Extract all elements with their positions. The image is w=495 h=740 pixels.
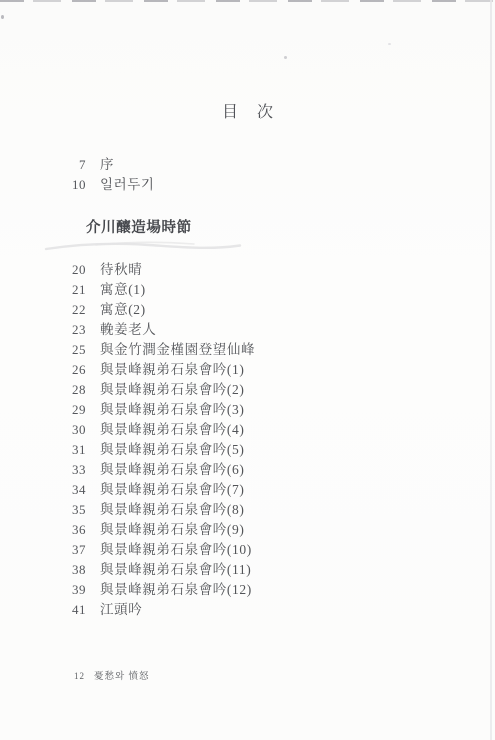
toc-entry-row: 29 與景峰親弟石泉會吟(3) [40, 400, 255, 420]
toc-entry-row: 36 與景峰親弟石泉會吟(9) [40, 520, 255, 540]
toc-entry-title: 與景峰親弟石泉會吟(2) [100, 380, 244, 400]
toc-entry-title: 與景峰親弟石泉會吟(10) [100, 540, 252, 560]
toc-entry-title: 寓意(1) [100, 280, 146, 300]
toc-entry-page: 37 [40, 540, 86, 560]
toc-entry-title: 與景峰親弟石泉會吟(11) [100, 560, 251, 580]
toc-entry-title: 與景峰親弟石泉會吟(7) [100, 480, 244, 500]
toc-entry-page: 35 [40, 500, 86, 520]
toc-entry-row: 22 寓意(2) [40, 300, 255, 320]
toc-entry-title: 序 [100, 155, 114, 175]
toc-entry-title: 일러두기 [100, 175, 155, 195]
toc-entry-title: 與景峰親弟石泉會吟(9) [100, 520, 244, 540]
toc-entry-row: 34 與景峰親弟石泉會吟(7) [40, 480, 255, 500]
toc-entry-title: 與景峰親弟石泉會吟(4) [100, 420, 244, 440]
scan-speck [284, 56, 287, 59]
toc-entry-list: 20 待秋晴 21 寓意(1) 22 寓意(2) 23 輓姜老人 25 與金竹澗… [40, 260, 255, 620]
toc-entry-page: 30 [40, 420, 86, 440]
toc-entry-page: 26 [40, 360, 86, 380]
toc-entry-title: 輓姜老人 [100, 320, 156, 340]
toc-entry-page: 31 [40, 440, 86, 460]
toc-entry-page: 41 [40, 600, 86, 620]
toc-entry-row: 38 與景峰親弟石泉會吟(11) [40, 560, 255, 580]
toc-entry-row: 20 待秋晴 [40, 260, 255, 280]
toc-entry-title: 寓意(2) [100, 300, 146, 320]
toc-entry-row: 33 與景峰親弟石泉會吟(6) [40, 460, 255, 480]
toc-entry-title: 待秋晴 [100, 260, 142, 280]
toc-entry-row: 28 與景峰親弟石泉會吟(2) [40, 380, 255, 400]
toc-entry-title: 與景峰親弟石泉會吟(6) [100, 460, 244, 480]
toc-entry-row: 21 寓意(1) [40, 280, 255, 300]
scan-top-edge-artifact [0, 0, 495, 2]
toc-entry-row: 25 與金竹澗金槿園登望仙峰 [40, 340, 255, 360]
toc-entry-row: 23 輓姜老人 [40, 320, 255, 340]
toc-entry-title: 江頭吟 [100, 600, 142, 620]
toc-entry-page: 28 [40, 380, 86, 400]
toc-entry-row: 41 江頭吟 [40, 600, 255, 620]
toc-entry-title: 與景峰親弟石泉會吟(3) [100, 400, 244, 420]
footer-page-number: 12 [74, 671, 85, 681]
toc-entry-row: 26 與景峰親弟石泉會吟(1) [40, 360, 255, 380]
toc-entry-page: 25 [40, 340, 86, 360]
toc-entry-page: 7 [40, 155, 86, 175]
toc-entry-page: 36 [40, 520, 86, 540]
scan-speck [388, 43, 391, 45]
section-underline-smudge [44, 239, 244, 255]
toc-entry-title: 與金竹澗金槿園登望仙峰 [100, 340, 255, 360]
toc-entry-page: 21 [40, 280, 86, 300]
front-matter-list: 7 序 10 일러두기 [40, 155, 155, 195]
toc-entry-row: 30 與景峰親弟石泉會吟(4) [40, 420, 255, 440]
toc-entry-page: 23 [40, 320, 86, 340]
toc-entry-row: 35 與景峰親弟石泉會吟(8) [40, 500, 255, 520]
toc-entry-row: 31 與景峰親弟石泉會吟(5) [40, 440, 255, 460]
toc-entry-page: 20 [40, 260, 86, 280]
toc-entry-row: 7 序 [40, 155, 155, 175]
scanned-toc-page: 目次 7 序 10 일러두기 介川釀造場時節 20 待秋晴 21 寓意(1) 2… [0, 0, 495, 740]
toc-entry-page: 22 [40, 300, 86, 320]
toc-entry-title: 與景峰親弟石泉會吟(12) [100, 580, 252, 600]
toc-title: 目次 [0, 99, 495, 122]
page-footer: 12 憂愁와 憤怒 [74, 668, 150, 682]
toc-entry-page: 34 [40, 480, 86, 500]
toc-entry-page: 38 [40, 560, 86, 580]
toc-entry-row: 37 與景峰親弟石泉會吟(10) [40, 540, 255, 560]
toc-entry-page: 29 [40, 400, 86, 420]
toc-entry-row: 39 與景峰親弟石泉會吟(12) [40, 580, 255, 600]
toc-entry-page: 10 [40, 175, 86, 195]
footer-book-title: 憂愁와 憤怒 [94, 668, 150, 682]
section-title: 介川釀造場時節 [86, 216, 192, 237]
toc-entry-title: 與景峰親弟石泉會吟(8) [100, 500, 244, 520]
scan-speck [1, 15, 4, 19]
toc-entry-row: 10 일러두기 [40, 175, 155, 195]
toc-entry-page: 39 [40, 580, 86, 600]
toc-entry-page: 33 [40, 460, 86, 480]
toc-entry-title: 與景峰親弟石泉會吟(5) [100, 440, 244, 460]
toc-entry-title: 與景峰親弟石泉會吟(1) [100, 360, 244, 380]
